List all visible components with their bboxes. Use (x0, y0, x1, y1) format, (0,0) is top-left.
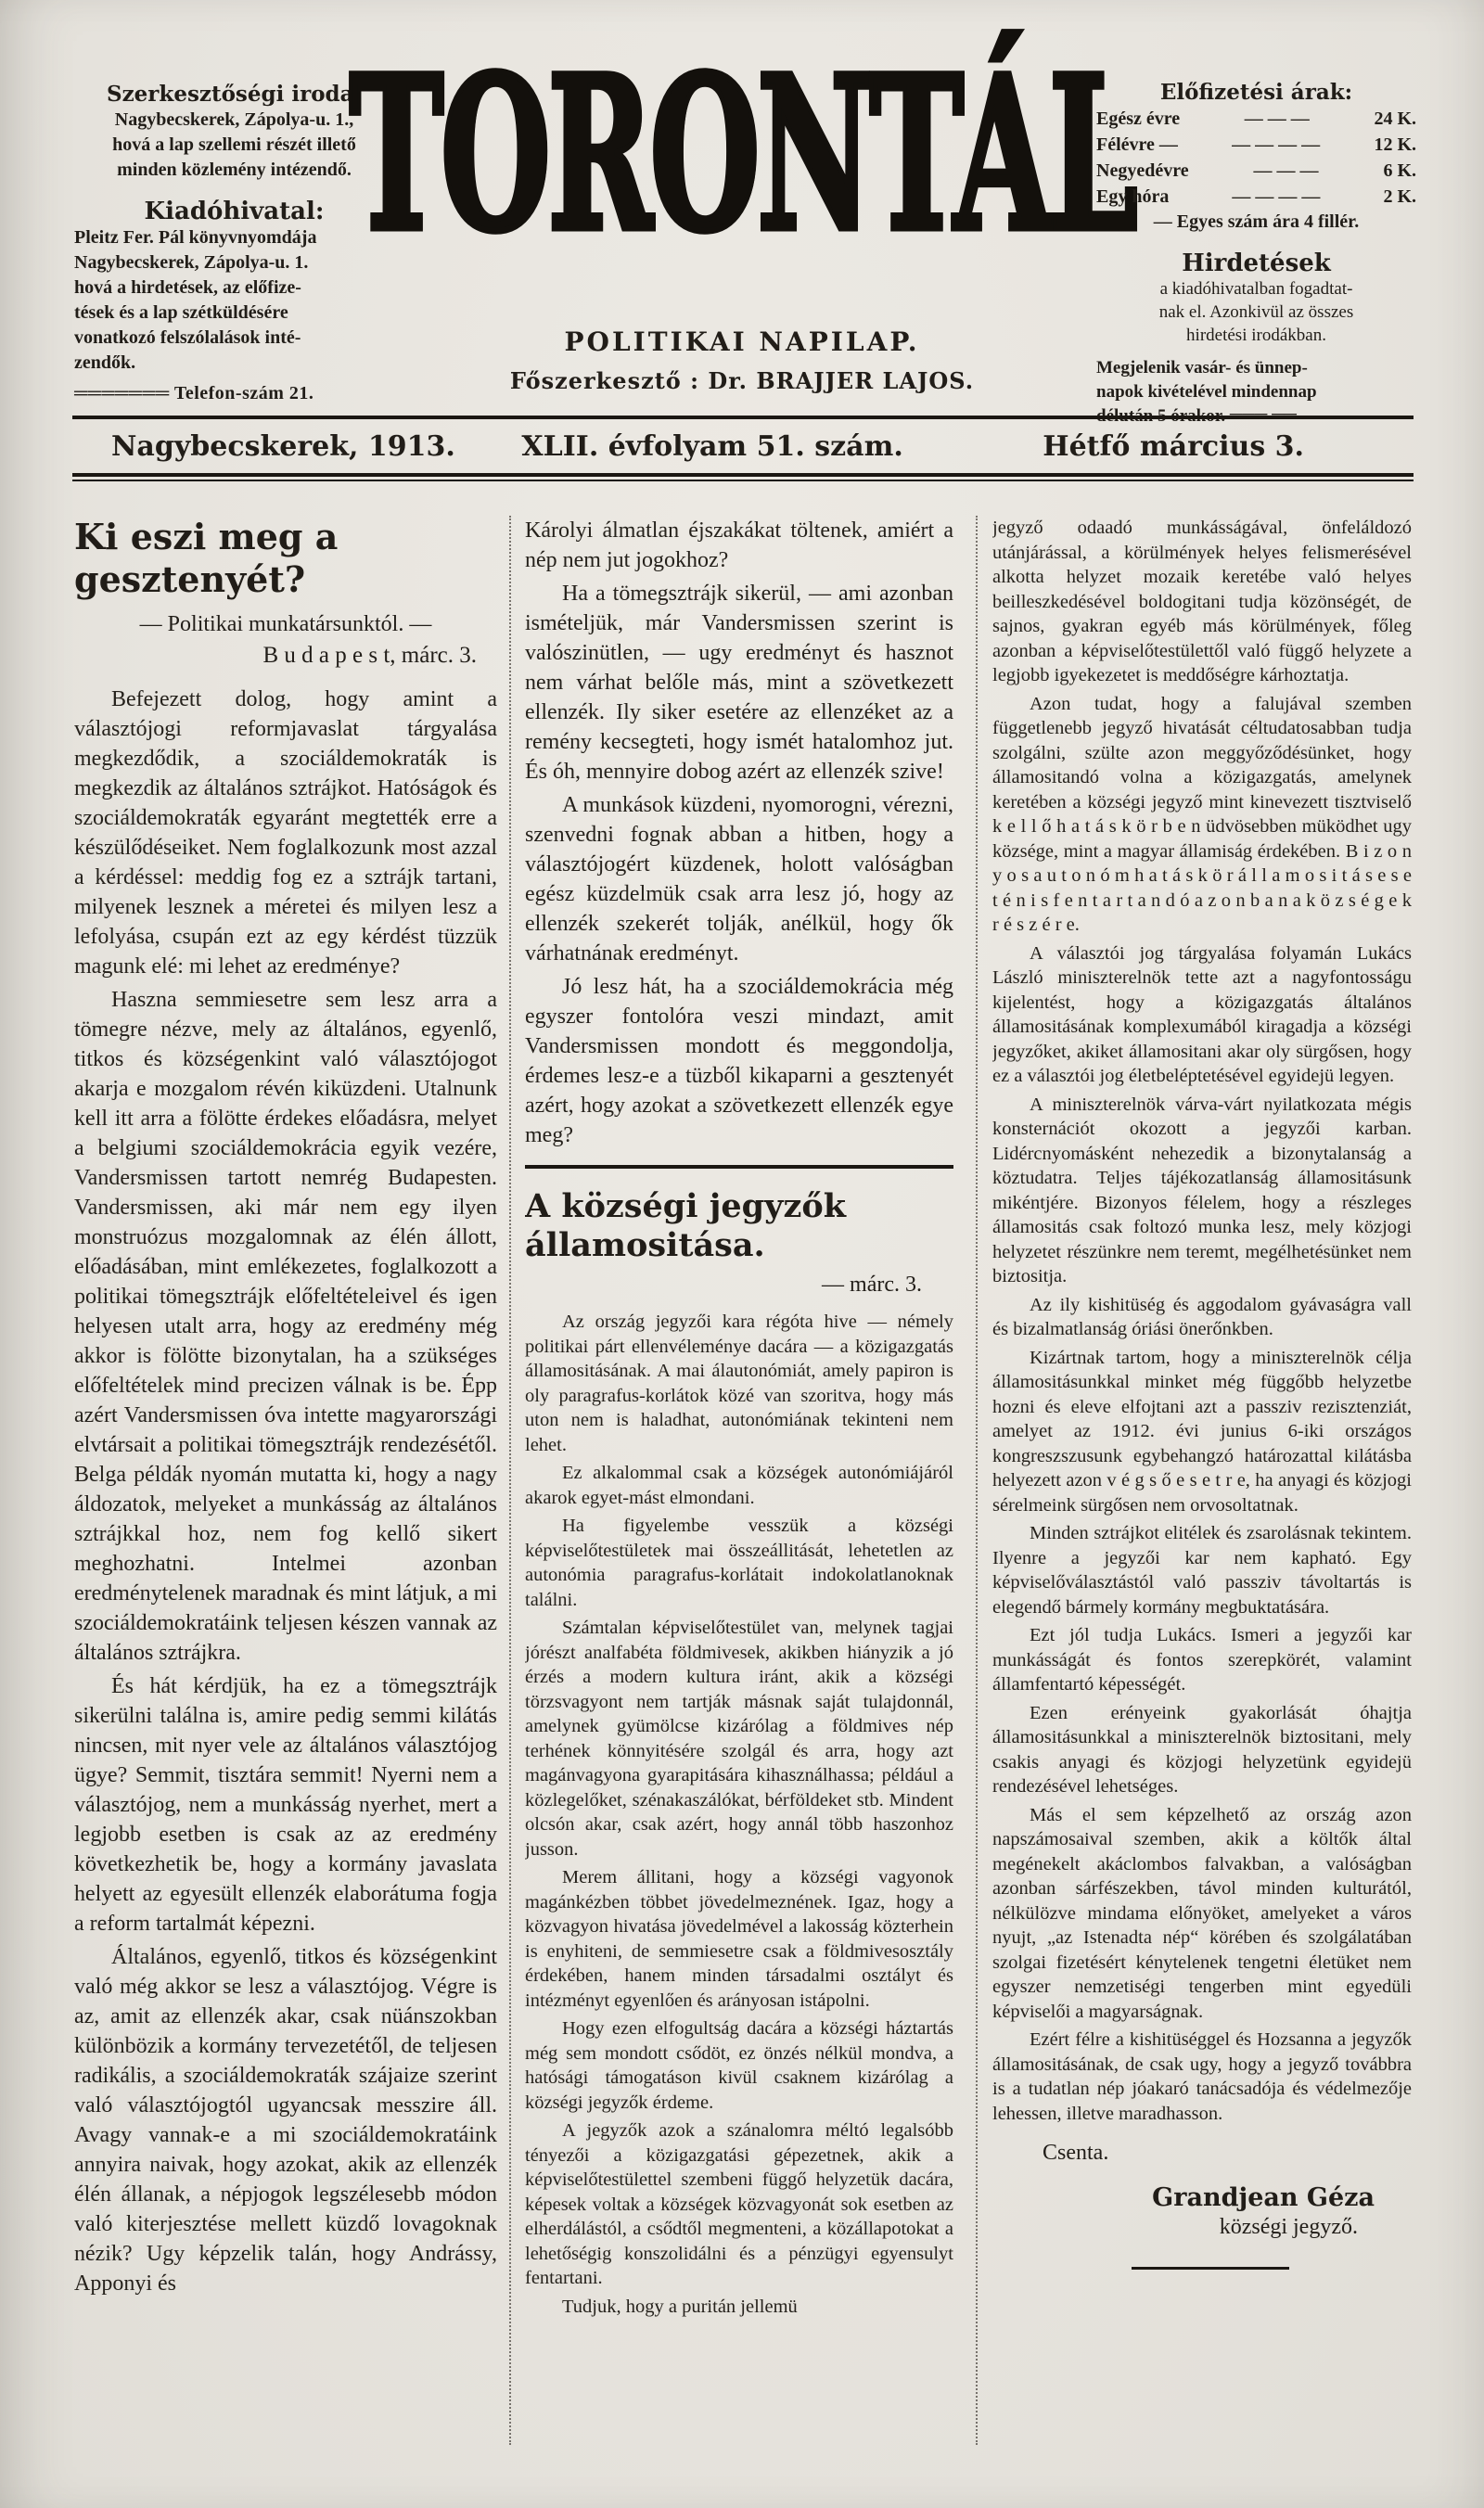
publish-line: Megjelenik vasár- és ünnep- (1096, 356, 1416, 380)
article2-paragraph: A jegyzők azok a szánalomra méltó legals… (525, 2118, 953, 2291)
article1-col1-body: Befejezett dolog, hogy amint a választój… (74, 685, 497, 2298)
subscription-lbl: Félévre — (1096, 132, 1178, 158)
subscription-row: Egész évre— — —24 K. (1096, 106, 1416, 132)
article1-title: Ki eszi meg a gesztenyét? (74, 516, 497, 601)
article1-byline: — Politikai munkatársunktól. — (74, 610, 497, 638)
subscription-heading: Előfizetési árak: (1096, 80, 1416, 106)
article1-dateline: B u d a p e s t, márc. 3. (74, 642, 497, 670)
article2-paragraph: Ha figyelembe vesszük a községi képvisel… (525, 1514, 953, 1612)
article-end-rule (1132, 2267, 1289, 2270)
article2-paragraph: Ezért félre a kishitüséggel és Hozsanna … (992, 2028, 1412, 2126)
article2-paragraph: Hogy ezen elfogultság dacára a községi h… (525, 2016, 953, 2115)
date-band: Nagybecskerek, 1913. XLII. évfolyam 51. … (72, 416, 1414, 477)
article1-paragraph: Károlyi álmatlan éjszakákat töltenek, am… (525, 516, 953, 575)
article2-paragraph: Az ország jegyzői kara régóta hive — ném… (525, 1310, 953, 1457)
subscription-row: Egy hóra— — — —2 K. (1096, 184, 1416, 210)
subscription-dash: — — — — (1178, 132, 1375, 158)
article1-paragraph: A munkások küzdeni, nyomorogni, vérezni,… (525, 790, 953, 968)
subscription-val: 12 K. (1374, 132, 1416, 158)
article2-col3-body: jegyző odaadó munkásságával, önfeláldozó… (992, 516, 1412, 2126)
volume-issue: XLII. évfolyam 51. szám. (521, 430, 902, 463)
editorial-office-heading: Szerkesztőségi iroda: (74, 82, 394, 108)
publisher-heading: Kiadóhivatal: (74, 198, 394, 225)
article2-paragraph: Azon tudat, hogy a falujával szemben füg… (992, 692, 1412, 938)
article1-paragraph: Befejezett dolog, hogy amint a választój… (74, 685, 497, 981)
signature-role: községi jegyző. (992, 2213, 1412, 2241)
signature-place: Csenta. (992, 2139, 1412, 2167)
ads-line: hirdetési irodákban. (1096, 324, 1416, 347)
ads-line: nak el. Azonkivül az összes (1096, 301, 1416, 324)
masthead-title: TORONTÁL (350, 43, 1135, 265)
column-separator (509, 516, 511, 2445)
day-date: Hétfő március 3. (1043, 430, 1304, 463)
signature-name: Grandjean Géza (992, 2183, 1412, 2213)
subscription-lbl: Negyedévre (1096, 158, 1189, 184)
newspaper-page: Szerkesztőségi iroda: Nagybecskerek, Záp… (0, 0, 1484, 2508)
place-year: Nagybecskerek, 1913. (111, 430, 455, 463)
publish-line: napok kivételével mindennap (1096, 380, 1416, 404)
ads-heading: Hirdetések (1096, 250, 1416, 277)
article1-paragraph: Jó lesz hát, ha a szociáldemokrácia még … (525, 972, 953, 1150)
subscription-lbl: Egy hóra (1096, 184, 1169, 210)
single-issue-price: — Egyes szám ára 4 fillér. (1096, 210, 1416, 235)
column-separator (976, 516, 978, 2445)
article2-paragraph: A miniszterelnök várva-várt nyilatkozata… (992, 1093, 1412, 1289)
article2-paragraph: Az ily kishitüség és aggodalom gyávaságr… (992, 1293, 1412, 1342)
article2-paragraph: Számtalan képviselőtestület van, melynek… (525, 1616, 953, 1862)
article2-title: A községi jegyzők államositása. (525, 1187, 953, 1265)
publisher-line: Nagybecskerek, Zápolya-u. 1. (74, 250, 394, 275)
column-2: Károlyi álmatlan éjszakákat töltenek, am… (525, 516, 953, 2473)
article2-paragraph: Kizártnak tartom, hogy a miniszterelnök … (992, 1346, 1412, 1518)
editorial-office-line: minden közlemény intézendő. (74, 158, 394, 183)
article1-col2-body: Károlyi álmatlan éjszakákat töltenek, am… (525, 516, 953, 1150)
subscription-val: 24 K. (1374, 106, 1416, 132)
article1-paragraph: Haszna semmiesetre sem lesz arra a tömeg… (74, 985, 497, 1668)
subscription-box: Előfizetési árak: Egész évre— — —24 K.Fé… (1096, 80, 1416, 429)
article2-col2-body: Az ország jegyzői kara régóta hive — ném… (525, 1310, 953, 2319)
column-3: jegyző odaadó munkásságával, önfeláldozó… (992, 516, 1412, 2473)
article2-paragraph: Más el sem képzelhető az ország azon nap… (992, 1803, 1412, 2025)
article2-paragraph: Ezt jól tudja Lukács. Ismeri a jegyzői k… (992, 1623, 1412, 1697)
article2-paragraph: Ezen erényeink gyakorlását óhajtja állam… (992, 1701, 1412, 1799)
article2-paragraph: jegyző odaadó munkásságával, önfeláldozó… (992, 516, 1412, 688)
article-divider-rule (525, 1165, 953, 1174)
subscription-val: 6 K. (1383, 158, 1416, 184)
publisher-line: Pleitz Fer. Pál könyvnyomdája (74, 225, 394, 250)
editorial-office-line: hová a lap szellemi részét illető (74, 133, 394, 158)
ads-line: a kiadóhivatalban fogadtat- (1096, 277, 1416, 301)
article2-paragraph: Ez alkalommal csak a községek autonómiáj… (525, 1461, 953, 1510)
article1-paragraph: Ha a tömegsztrájk sikerül, — ami azonban… (525, 579, 953, 787)
publisher-line: hová a hirdetések, az előfize- (74, 275, 394, 301)
ads-lines: a kiadóhivatalban fogadtat-nak el. Azonk… (1096, 277, 1416, 347)
subscription-dash: — — — — (1169, 184, 1383, 210)
article1-paragraph: És hát kérdjük, ha ez a tömegsztrájk sik… (74, 1671, 497, 1939)
column-1: Ki eszi meg a gesztenyét? — Politikai mu… (74, 516, 497, 2463)
article2-dateline: — márc. 3. (525, 1271, 953, 1299)
subscription-lbl: Egész évre (1096, 106, 1180, 132)
subscription-val: 2 K. (1383, 184, 1416, 210)
subscription-dash: — — — (1180, 106, 1374, 132)
article2-paragraph: Minden sztrájkot elitélek és zsarolásnak… (992, 1521, 1412, 1619)
subscription-row: Félévre —— — — —12 K. (1096, 132, 1416, 158)
article2-paragraph: Merem állitani, hogy a községi vagyonok … (525, 1865, 953, 2013)
editorial-office-lines: Nagybecskerek, Zápolya-u. 1.,hová a lap … (74, 108, 394, 183)
subscription-dash: — — — (1189, 158, 1384, 184)
article2-paragraph: A választói jog tárgyalása folyamán Luká… (992, 941, 1412, 1089)
subscription-row: Negyedévre— — —6 K. (1096, 158, 1416, 184)
publisher-line: tések és a lap szétküldésére (74, 301, 394, 326)
article2-paragraph: Tudjuk, hogy a puritán jellemü (525, 2295, 953, 2320)
article1-paragraph: Általános, egyenlő, titkos és községenki… (74, 1942, 497, 2298)
subscription-rows: Egész évre— — —24 K.Félévre —— — — —12 K… (1096, 106, 1416, 210)
editorial-office-line: Nagybecskerek, Zápolya-u. 1., (74, 108, 394, 133)
